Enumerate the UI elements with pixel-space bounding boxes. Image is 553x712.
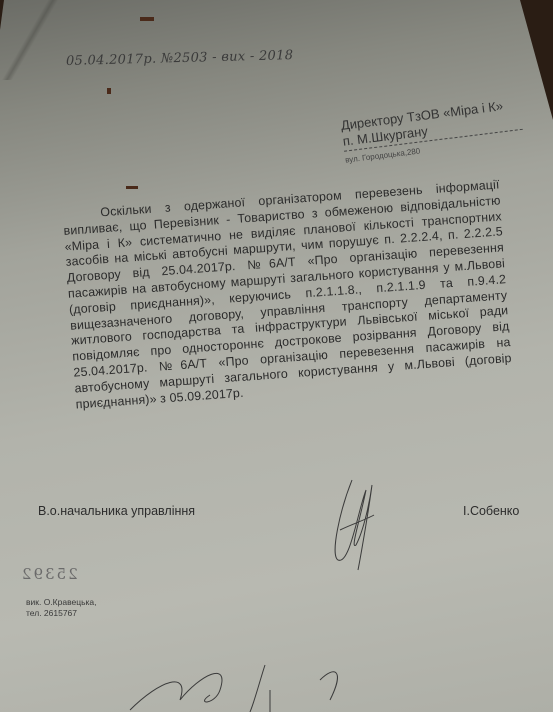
paper-crease	[0, 0, 60, 80]
signatory-position: В.о.начальника управління	[38, 504, 195, 518]
addressee-block: Директору ТзОВ «Міра і К» п. М.Шкургану …	[340, 96, 524, 165]
executor-phone: тел. 2615767	[26, 608, 97, 619]
executor-block: вик. О.Кравецька, тел. 2615767	[26, 597, 97, 619]
body-paragraph: Оскільки з одержаної організатором перев…	[62, 177, 513, 412]
stamp-number: 25392	[20, 565, 78, 583]
ink-mark	[140, 17, 154, 21]
bottom-signature-icon	[120, 660, 420, 712]
ink-mark	[107, 88, 111, 94]
signatory-name: І.Собенко	[463, 504, 519, 518]
registration-number-handwritten: 05.04.2017р. №2503 - вих - 2018	[66, 48, 294, 69]
letter-body: Оскільки з одержаної організатором перев…	[62, 177, 513, 412]
signature-icon	[330, 470, 410, 580]
document-page: 05.04.2017р. №2503 - вих - 2018 Директор…	[0, 0, 553, 712]
executor-name: вик. О.Кравецька,	[26, 597, 97, 608]
ink-mark	[126, 186, 138, 189]
